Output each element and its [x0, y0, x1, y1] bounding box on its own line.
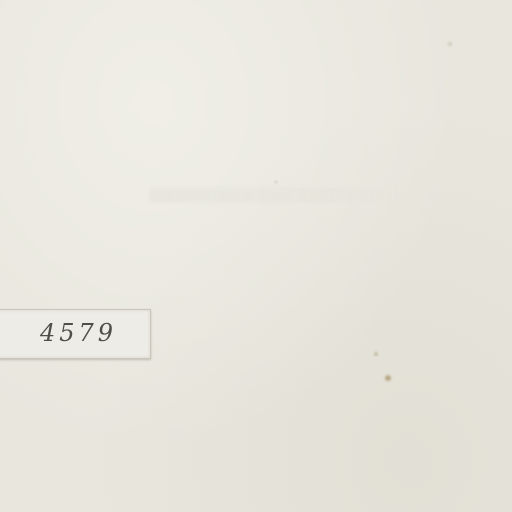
paper-sheet: 4579 [0, 0, 512, 512]
catalog-number: 4579 [40, 319, 117, 347]
foxing-spot [448, 42, 452, 46]
faint-bleed-through-text [150, 188, 400, 202]
foxing-spot [374, 352, 378, 356]
catalog-label-strip: 4579 [0, 309, 151, 359]
foxing-spot [385, 375, 391, 381]
speck [275, 181, 277, 183]
